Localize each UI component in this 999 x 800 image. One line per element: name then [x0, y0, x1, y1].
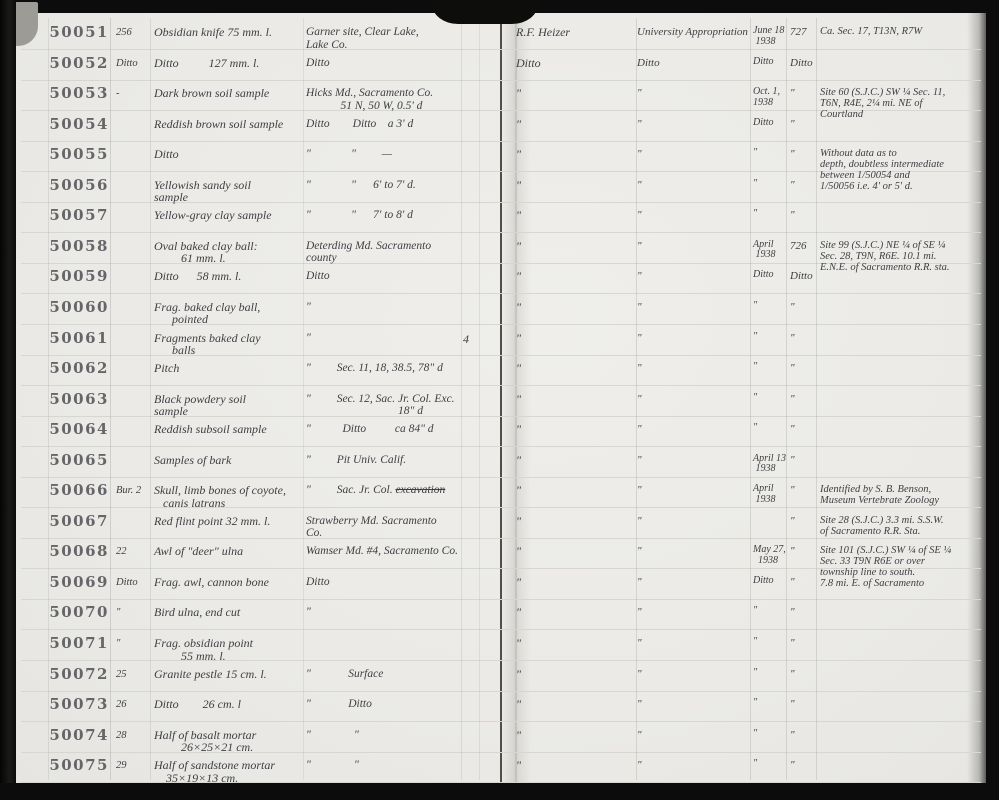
cell-description: Oval baked clay ball: 61 mm. l. [154, 240, 306, 265]
ledger-row: 50052DittoDitto 127 mm. l.DittoDittoDitt… [15, 57, 987, 88]
cell-locality: Hicks Md., Sacramento Co. 51 N, 50 W, 0.… [306, 87, 466, 112]
cell-fund: " [637, 515, 749, 528]
cell-locality: " Sec. 12, Sac. Jr. Col. Exc. 18" d [306, 393, 466, 418]
cell-accession-number: " [790, 454, 818, 467]
cell-locality: Deterding Md. Sacramento county [306, 240, 466, 265]
cell-locality: " " — [306, 148, 466, 161]
cell-locality: " Sec. 11, 18, 38.5, 78" d [306, 362, 466, 375]
cell-date: June 18 1938 [753, 26, 789, 47]
cell-collector: " [516, 637, 634, 650]
cell-collector: " [516, 698, 634, 711]
ledger-row: 50063Black powdery soil sample" Sec. 12,… [15, 393, 987, 424]
cell-description: Obsidian knife 75 mm. l. [154, 26, 306, 39]
cell-quantity: 256 [116, 27, 154, 40]
cell-accession-number: " [790, 668, 818, 681]
cell-remarks: Site 99 (S.J.C.) NE ¼ of SE ¼ Sec. 28, T… [820, 240, 986, 273]
cell-catalog-number: 50064 [39, 421, 109, 437]
cell-date: May 27, 1938 [753, 545, 789, 566]
cell-accession-number: " [790, 698, 818, 711]
ledger-row: 50066Bur. 2Skull, limb bones of coyote, … [15, 484, 987, 515]
cell-quantity: 25 [116, 669, 154, 682]
ledger-row: 5007326Ditto 26 cm. l" Ditto"""" [15, 698, 987, 729]
ledger-row: 5006822Awl of "deer" ulnaWamser Md. #4, … [15, 545, 987, 576]
cell-date: " [753, 637, 789, 648]
cell-collector: " [516, 209, 634, 222]
cell-quantity: Ditto [116, 58, 154, 71]
cell-extra-note: 4 [463, 333, 489, 346]
cell-description: Black powdery soil sample [154, 393, 306, 418]
cell-locality: Wamser Md. #4, Sacramento Co. [306, 545, 466, 558]
ledger-row: 50062Pitch" Sec. 11, 18, 38.5, 78" d"""" [15, 362, 987, 393]
cell-accession-number: " [790, 423, 818, 436]
cell-collector: " [516, 576, 634, 589]
cell-catalog-number: 50052 [39, 55, 109, 71]
cell-date: " [753, 362, 789, 373]
cell-date: " [753, 332, 789, 343]
cell-collector: " [516, 393, 634, 406]
cell-date: " [753, 301, 789, 312]
cell-accession-number: " [790, 393, 818, 406]
cell-description: Awl of "deer" ulna [154, 545, 306, 558]
scan-border-right [986, 0, 999, 800]
cell-catalog-number: 50068 [39, 543, 109, 559]
cell-catalog-number: 50069 [39, 574, 109, 590]
cell-accession-number: " [790, 606, 818, 619]
cell-fund: " [637, 332, 749, 345]
ledger-row: 50054Reddish brown soil sampleDitto Ditt… [15, 118, 987, 149]
cell-description: Fragments baked clay balls [154, 332, 306, 357]
cell-description: Half of basalt mortar 26×25×21 cm. [154, 729, 306, 754]
cell-description: Ditto [154, 148, 306, 161]
cell-fund: " [637, 87, 749, 100]
cell-catalog-number: 50057 [39, 207, 109, 223]
cell-date: Ditto [753, 118, 789, 129]
cell-quantity: 29 [116, 760, 154, 773]
cell-description: Ditto 26 cm. l [154, 698, 306, 711]
cell-collector: " [516, 179, 634, 192]
cell-description: Reddish subsoil sample [154, 423, 306, 436]
cell-catalog-number: 50059 [39, 268, 109, 284]
cell-fund: " [637, 393, 749, 406]
cell-collector: " [516, 606, 634, 619]
cell-fund: " [637, 454, 749, 467]
cell-accession-number: " [790, 148, 818, 161]
cell-fund: " [637, 698, 749, 711]
cell-locality: Ditto [306, 270, 466, 283]
cell-catalog-number: 50055 [39, 146, 109, 162]
cell-description: Frag. baked clay ball, pointed [154, 301, 306, 326]
cell-collector: " [516, 332, 634, 345]
cell-catalog-number: 50062 [39, 360, 109, 376]
ledger-row: 50071"Frag. obsidian point 55 mm. l."""" [15, 637, 987, 668]
cell-accession-number: Ditto [790, 270, 818, 283]
cell-locality: " [306, 606, 466, 619]
cell-accession-number: " [790, 301, 818, 314]
cell-collector: " [516, 423, 634, 436]
cell-accession-number: Ditto [790, 57, 818, 70]
ledger-paper: 50051256Obsidian knife 75 mm. l.Garner s… [15, 12, 987, 784]
cell-accession-number: " [790, 576, 818, 589]
cell-fund: " [637, 179, 749, 192]
cell-fund: " [637, 606, 749, 619]
cell-locality: Garner site, Clear Lake, Lake Co. [306, 26, 466, 51]
cell-fund: " [637, 545, 749, 558]
cell-collector: " [516, 729, 634, 742]
cell-quantity: 22 [116, 546, 154, 559]
cell-locality: Ditto Ditto a 3' d [306, 118, 466, 131]
cell-accession-number: " [790, 729, 818, 742]
cell-date: Ditto [753, 57, 789, 68]
cell-catalog-number: 50073 [39, 696, 109, 712]
cell-catalog-number: 50051 [39, 24, 109, 40]
cell-fund: " [637, 759, 749, 772]
binding-top-shadow [432, 0, 538, 24]
cell-date: " [753, 729, 789, 740]
ledger-row: 50060Frag. baked clay ball, pointed""""" [15, 301, 987, 332]
cell-fund: " [637, 423, 749, 436]
cell-description: Reddish brown soil sample [154, 118, 306, 131]
cell-collector: " [516, 454, 634, 467]
cell-fund: " [637, 209, 749, 222]
cell-catalog-number: 50060 [39, 299, 109, 315]
cell-catalog-number: 50066 [39, 482, 109, 498]
cell-description: Bird ulna, end cut [154, 606, 306, 619]
cell-locality: Strawberry Md. Sacramento Co. [306, 515, 466, 540]
ledger-row: 50070"Bird ulna, end cut""""" [15, 606, 987, 637]
cell-date: " [753, 606, 789, 617]
ledger-row: 50065Samples of bark" Pit Univ. Calif.""… [15, 454, 987, 485]
cell-accession-number: 727 [790, 26, 818, 39]
cell-fund: " [637, 118, 749, 131]
cell-catalog-number: 50056 [39, 177, 109, 193]
cell-catalog-number: 50074 [39, 727, 109, 743]
cell-fund: " [637, 362, 749, 375]
cell-locality: " " [306, 759, 466, 772]
cell-description: Frag. obsidian point 55 mm. l. [154, 637, 306, 662]
cell-locality: " Ditto [306, 698, 466, 711]
ledger-row: 50053-Dark brown soil sampleHicks Md., S… [15, 87, 987, 118]
cell-catalog-number: 50072 [39, 666, 109, 682]
cell-catalog-number: 50061 [39, 330, 109, 346]
cell-accession-number: " [790, 118, 818, 131]
cell-accession-number: " [790, 179, 818, 192]
cell-quantity: - [116, 88, 154, 101]
cell-locality: " " 7' to 8' d [306, 209, 466, 222]
cell-collector: " [516, 668, 634, 681]
cell-collector: R.F. Heizer [516, 26, 634, 39]
cell-date: " [753, 423, 789, 434]
cell-fund: Ditto [637, 57, 749, 70]
cell-accession-number: " [790, 332, 818, 345]
cell-catalog-number: 50063 [39, 391, 109, 407]
cell-date: " [753, 179, 789, 190]
cell-date: April 1938 [753, 484, 789, 505]
cell-fund: " [637, 729, 749, 742]
ledger-row: 50064Reddish subsoil sample" Ditto ca 84… [15, 423, 987, 454]
cell-accession-number: 726 [790, 240, 818, 253]
cell-date: April 13 1938 [753, 454, 789, 475]
cell-locality: " [306, 301, 466, 314]
cell-remarks: Ca. Sec. 17, T13N, R7W [820, 26, 986, 37]
cell-accession-number: " [790, 362, 818, 375]
cell-date: Oct. 1, 1938 [753, 87, 789, 108]
cell-collector: Ditto [516, 57, 634, 70]
cell-collector: " [516, 759, 634, 772]
cell-date: April 1938 [753, 240, 789, 261]
cell-description: Half of sandstone mortar 35×19×13 cm. [154, 759, 306, 784]
cell-locality: " Sac. Jr. Col. excavation [306, 484, 466, 497]
scan-border-bottom [0, 783, 999, 800]
cell-remarks: Identified by S. B. Benson, Museum Verte… [820, 484, 986, 506]
cell-collector: " [516, 545, 634, 558]
cell-description: Dark brown soil sample [154, 87, 306, 100]
cell-accession-number: " [790, 637, 818, 650]
cell-locality: " " 6' to 7' d. [306, 179, 466, 192]
scanned-ledger-page: 50051256Obsidian knife 75 mm. l.Garner s… [0, 0, 999, 800]
ledger-row: 50067Red flint point 32 mm. l.Strawberry… [15, 515, 987, 546]
cell-collector: " [516, 240, 634, 253]
ledger-row: 50057Yellow-gray clay sample" " 7' to 8'… [15, 209, 987, 240]
ledger-row: 5007428Half of basalt mortar 26×25×21 cm… [15, 729, 987, 760]
cell-catalog-number: 50071 [39, 635, 109, 651]
cell-locality: " Surface [306, 668, 466, 681]
cell-quantity: 26 [116, 699, 154, 712]
cell-collector: " [516, 515, 634, 528]
cell-collector: " [516, 148, 634, 161]
cell-locality: " [306, 332, 466, 345]
cell-fund: " [637, 148, 749, 161]
cell-locality: Ditto [306, 576, 466, 589]
cell-collector: " [516, 301, 634, 314]
cell-accession-number: " [790, 515, 818, 528]
cell-accession-number: " [790, 545, 818, 558]
cell-fund: " [637, 240, 749, 253]
cell-quantity: Ditto [116, 577, 154, 590]
scan-border-left [0, 0, 16, 800]
cell-quantity: " [116, 638, 154, 651]
cell-description: Yellowish sandy soil sample [154, 179, 306, 204]
cell-locality: " Ditto ca 84" d [306, 423, 466, 436]
ledger-rows: 50051256Obsidian knife 75 mm. l.Garner s… [15, 12, 987, 784]
cell-collector: " [516, 484, 634, 497]
cell-fund: " [637, 301, 749, 314]
cell-collector: " [516, 362, 634, 375]
cell-locality: " " [306, 729, 466, 742]
cell-description: Pitch [154, 362, 306, 375]
cell-fund: " [637, 668, 749, 681]
cell-fund: " [637, 576, 749, 589]
cell-remarks: Site 60 (S.J.C.) SW ¼ Sec. 11, T6N, R4E,… [820, 87, 986, 120]
cell-fund: " [637, 484, 749, 497]
cell-date: Ditto [753, 270, 789, 281]
cell-date: " [753, 698, 789, 709]
cell-quantity: Bur. 2 [116, 485, 154, 498]
cell-catalog-number: 50070 [39, 604, 109, 620]
cell-accession-number: " [790, 87, 818, 100]
ledger-row: 50058Oval baked clay ball: 61 mm. l.Dete… [15, 240, 987, 271]
cell-date: Ditto [753, 576, 789, 587]
cell-quantity: 28 [116, 730, 154, 743]
ledger-row: 50061Fragments baked clay balls"4"""" [15, 332, 987, 363]
cell-catalog-number: 50065 [39, 452, 109, 468]
cell-catalog-number: 50067 [39, 513, 109, 529]
cell-collector: " [516, 270, 634, 283]
cell-description: Red flint point 32 mm. l. [154, 515, 306, 528]
cell-fund: University Appropriation [637, 26, 749, 39]
cell-description: Ditto 127 mm. l. [154, 57, 306, 70]
cell-date: " [753, 393, 789, 404]
ledger-row: 50056Yellowish sandy soil sample" " 6' t… [15, 179, 987, 210]
ledger-row: 50055Ditto" " —""""Without data as to de… [15, 148, 987, 179]
cell-accession-number: " [790, 759, 818, 772]
cell-description: Skull, limb bones of coyote, canis latra… [154, 484, 306, 509]
cell-description: Frag. awl, cannon bone [154, 576, 306, 589]
cell-accession-number: " [790, 484, 818, 497]
cell-collector: " [516, 87, 634, 100]
ledger-row: 5007225Granite pestle 15 cm. l." Surface… [15, 668, 987, 699]
cell-catalog-number: 50058 [39, 238, 109, 254]
ledger-row: 50059Ditto 58 mm. l.Ditto""DittoDitto [15, 270, 987, 301]
cell-date: " [753, 668, 789, 679]
cell-date: " [753, 209, 789, 220]
cell-date: " [753, 759, 789, 770]
cell-catalog-number: 50054 [39, 116, 109, 132]
cell-quantity: " [116, 607, 154, 620]
cell-accession-number: " [790, 209, 818, 222]
cell-date: " [753, 148, 789, 159]
cell-description: Samples of bark [154, 454, 306, 467]
ledger-row: 50069DittoFrag. awl, cannon boneDitto""D… [15, 576, 987, 607]
cell-description: Ditto 58 mm. l. [154, 270, 306, 283]
cell-fund: " [637, 637, 749, 650]
cell-catalog-number: 50075 [39, 757, 109, 773]
cell-catalog-number: 50053 [39, 85, 109, 101]
cell-collector: " [516, 118, 634, 131]
cell-remarks: Site 28 (S.J.C.) 3.3 mi. S.S.W. of Sacra… [820, 515, 986, 537]
cell-locality: " Pit Univ. Calif. [306, 454, 466, 467]
ledger-row: 50051256Obsidian knife 75 mm. l.Garner s… [15, 26, 987, 57]
cell-description: Granite pestle 15 cm. l. [154, 668, 306, 681]
cell-locality: Ditto [306, 57, 466, 70]
cell-fund: " [637, 270, 749, 283]
cell-description: Yellow-gray clay sample [154, 209, 306, 222]
